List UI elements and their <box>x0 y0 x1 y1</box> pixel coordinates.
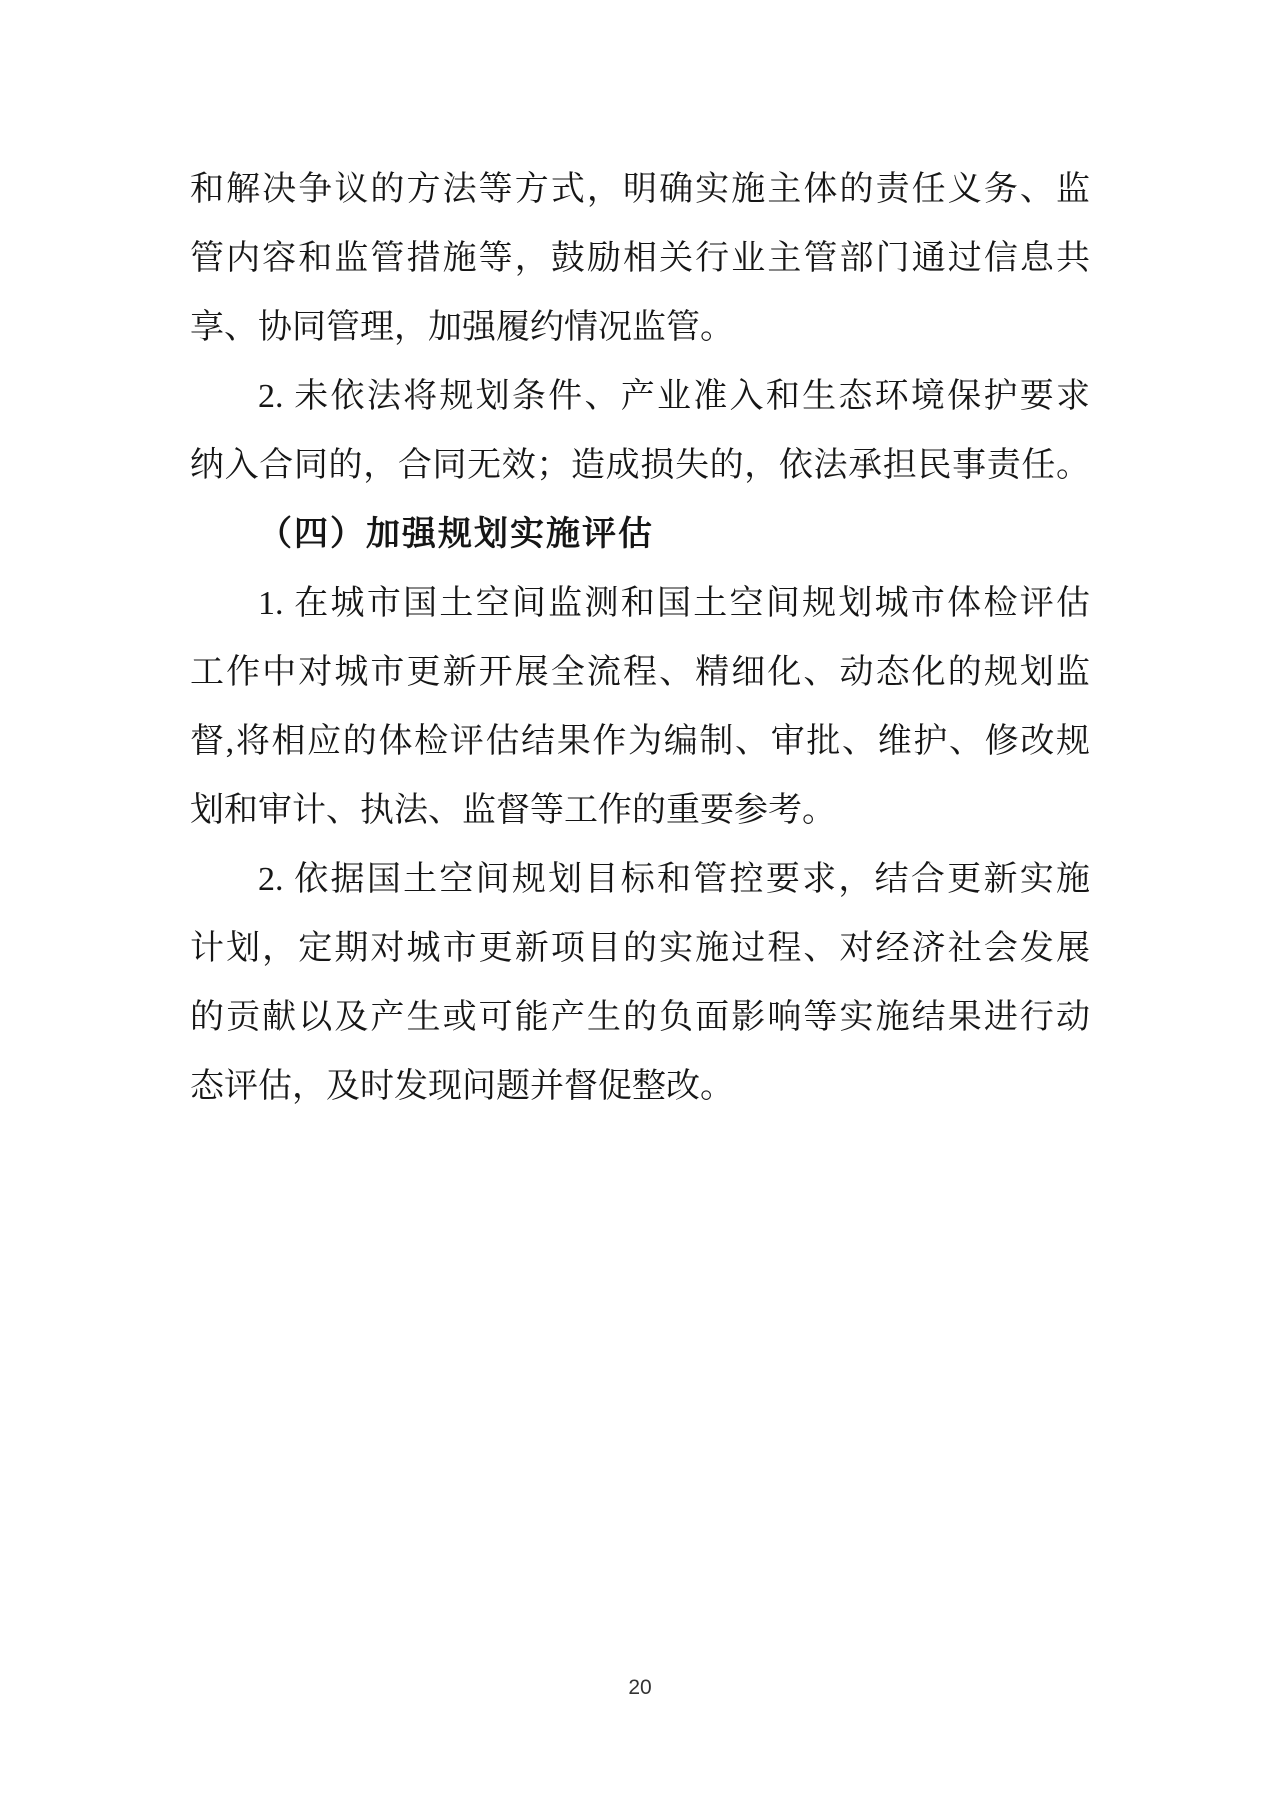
body-line: 管内容和监管措施等，鼓励相关行业主管部门通过信息共 <box>190 224 1090 293</box>
page-number: 20 <box>0 1676 1280 1700</box>
body-line: 划和审计、执法、监督等工作的重要参考。 <box>190 776 1090 845</box>
body-line: 2. 依据国土空间规划目标和管控要求，结合更新实施 <box>190 845 1090 914</box>
body-line: 和解决争议的方法等方式，明确实施主体的责任义务、监 <box>190 155 1090 224</box>
body-line: 督,将相应的体检评估结果作为编制、审批、维护、修改规 <box>190 707 1090 776</box>
body-line: 2. 未依法将规划条件、产业准入和生态环境保护要求 <box>190 362 1090 431</box>
body-line: 计划，定期对城市更新项目的实施过程、对经济社会发展 <box>190 914 1090 983</box>
body-line: 1. 在城市国土空间监测和国土空间规划城市体检评估 <box>190 569 1090 638</box>
body-line: 纳入合同的，合同无效；造成损失的，依法承担民事责任。 <box>190 431 1090 500</box>
document-text: 和解决争议的方法等方式，明确实施主体的责任义务、监 管内容和监管措施等，鼓励相关… <box>190 0 1090 1121</box>
body-line: 享、协同管理，加强履约情况监管。 <box>190 293 1090 362</box>
document-page: 和解决争议的方法等方式，明确实施主体的责任义务、监 管内容和监管措施等，鼓励相关… <box>0 0 1280 1810</box>
body-line: 工作中对城市更新开展全流程、精细化、动态化的规划监 <box>190 638 1090 707</box>
body-line: 态评估，及时发现问题并督促整改。 <box>190 1052 1090 1121</box>
body-line: 的贡献以及产生或可能产生的负面影响等实施结果进行动 <box>190 983 1090 1052</box>
section-heading: （四）加强规划实施评估 <box>190 500 1090 569</box>
